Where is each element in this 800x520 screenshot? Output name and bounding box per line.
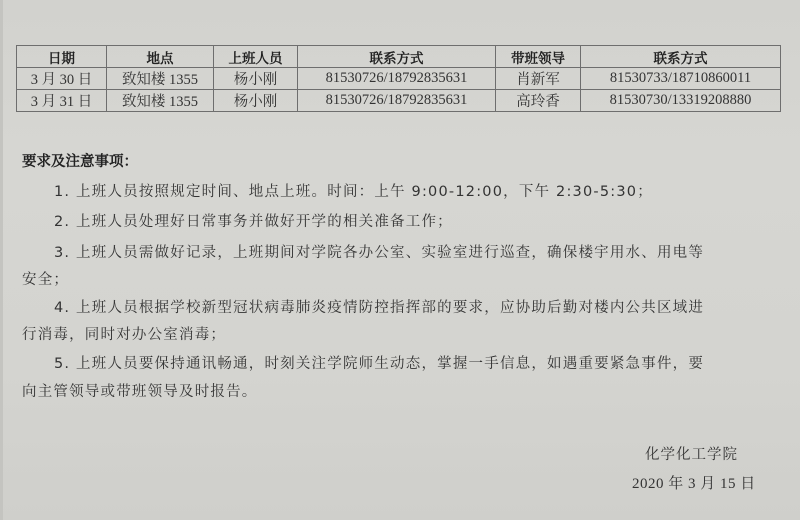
note-item-4: 4. 上班人员根据学校新型冠状病毒肺炎疫情防控指挥部的要求，应协助后勤对楼内公共…: [54, 296, 704, 317]
table-row: 3 月 30 日 致知楼 1355 杨小刚 81530726/187928356…: [17, 68, 781, 90]
header-date: 日期: [17, 46, 107, 68]
note-item-3: 3. 上班人员需做好记录，上班期间对学院各办公室、实验室进行巡查，确保楼宇用水、…: [54, 241, 704, 262]
cell-staff: 杨小刚: [214, 68, 298, 90]
header-location: 地点: [107, 46, 214, 68]
page-edge: [0, 0, 3, 520]
duty-schedule-table: 日期 地点 上班人员 联系方式 带班领导 联系方式 3 月 30 日 致知楼 1…: [16, 45, 781, 112]
cell-date: 3 月 30 日: [17, 68, 107, 90]
header-staff: 上班人员: [214, 46, 298, 68]
header-staff-contact: 联系方式: [298, 46, 496, 68]
note-item-4-continued: 行消毒，同时对办公室消毒；: [22, 323, 226, 344]
cell-staff-contact: 81530726/18792835631: [298, 90, 496, 112]
cell-location: 致知楼 1355: [107, 68, 214, 90]
note-item-3-continued: 安全；: [22, 268, 69, 289]
note-item-1: 1. 上班人员按照规定时间、地点上班。时间：上午 9:00-12:00，下午 2…: [54, 180, 653, 201]
table-header-row: 日期 地点 上班人员 联系方式 带班领导 联系方式: [17, 46, 781, 68]
cell-leader: 肖新军: [496, 68, 581, 90]
table-row: 3 月 31 日 致知楼 1355 杨小刚 81530726/187928356…: [17, 90, 781, 112]
note-item-5: 5. 上班人员要保持通讯畅通，时刻关注学院师生动态，掌握一手信息，如遇重要紧急事…: [54, 352, 704, 373]
header-leader-contact: 联系方式: [581, 46, 781, 68]
cell-staff-contact: 81530726/18792835631: [298, 68, 496, 90]
note-item-5-continued: 向主管领导或带班领导及时报告。: [22, 380, 258, 401]
signature-date: 2020 年 3 月 15 日: [632, 472, 756, 493]
cell-location: 致知楼 1355: [107, 90, 214, 112]
signature-organization: 化学化工学院: [645, 443, 738, 464]
cell-leader: 高玲香: [496, 90, 581, 112]
note-item-2: 2. 上班人员处理好日常事务并做好开学的相关准备工作；: [54, 210, 453, 231]
cell-leader-contact: 81530730/13319208880: [581, 90, 781, 112]
cell-date: 3 月 31 日: [17, 90, 107, 112]
cell-leader-contact: 81530733/18710860011: [581, 68, 781, 90]
cell-staff: 杨小刚: [214, 90, 298, 112]
header-leader: 带班领导: [496, 46, 581, 68]
notes-heading: 要求及注意事项：: [22, 150, 138, 171]
